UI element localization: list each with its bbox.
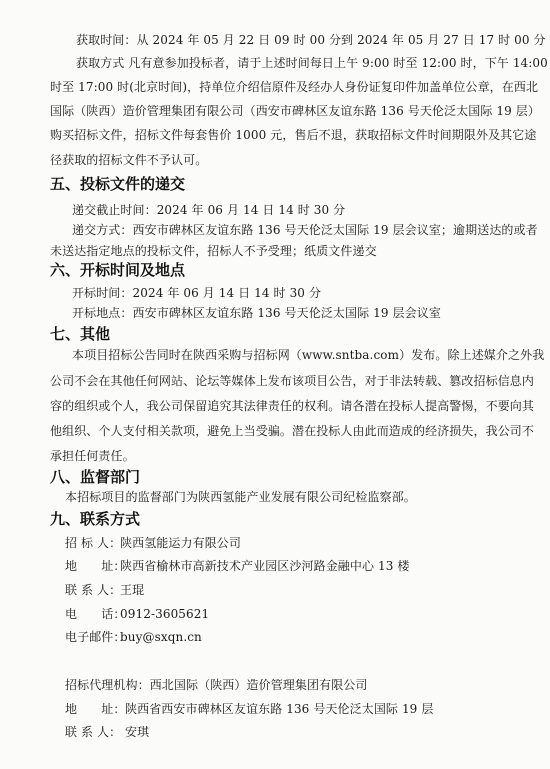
agency-label: 联 系 人： — [65, 724, 125, 740]
submission-deadline: 递交截止时间：2024 年 06 月 14 日 14 时 30 分 — [72, 202, 345, 218]
contact-row-tenderer: 招 标 人：陕西氢能运力有限公司 — [65, 535, 241, 551]
section8-heading: 八、监督部门 — [50, 468, 140, 486]
agency-value: 安琪 — [125, 725, 149, 739]
contact-label: 招 标 人： — [65, 535, 120, 551]
agency-value: 陕西省西安市碑林区友谊东路 136 号天伦泛太国际 19 层 — [125, 702, 433, 716]
acquire-method-line: 获取方式 凡有意参加投标者，请于上述时间每日上午 9:00 时至 12:00 时… — [76, 55, 548, 71]
other-line: 他组织、个人支付相关款项，避免上当受骗。潜在投标人由此而造成的经济损失，我公司不 — [50, 423, 534, 439]
acquire-method-line: 国际（陕西）造价管理集团有限公司（西安市碑林区友谊东路 136 号天伦泛太国际 … — [50, 103, 540, 119]
contact-row-address: 地 址：陕西省榆林市高新技术产业园区沙河路金融中心 13 楼 — [65, 558, 410, 574]
submission-method-line: 递交方式：西安市碑林区友谊东路 136 号天伦泛太国际 19 层会议室；逾期送达… — [72, 222, 538, 238]
opening-place: 开标地点：西安市碑林区友谊东路 136 号天伦泛太国际 19 层会议室 — [72, 305, 441, 321]
acquire-method-line: 径获取的招标文件不予认可。 — [50, 152, 207, 168]
other-line: 公司不会在其他任何网站、论坛等媒体上发布该项目公告，对于非法转载、篡改招标信息内 — [50, 373, 534, 389]
contact-row-person: 联 系 人：王琨 — [65, 582, 144, 598]
section5-heading: 五、投标文件的递交 — [50, 175, 185, 193]
other-line: 承担任何责任。 — [50, 448, 135, 464]
supervision-text: 本招标项目的监督部门为陕西氢能产业发展有限公司纪检监察部。 — [65, 489, 416, 505]
contact-row-email: 电子邮件：buy@sxqn.cn — [65, 629, 202, 645]
contact-row-phone: 电 话：0912-3605621 — [65, 606, 209, 622]
other-line: 本项目招标公告同时在陕西采购与招标网（www.sntba.com）发布。除上述媒… — [72, 347, 544, 363]
contact-value: 王琨 — [120, 583, 144, 597]
acquire-method-line: 时至 17:00 时(北京时间)，持单位介绍信原件及经办人身份证复印件加盖单位公… — [50, 79, 538, 95]
section9-heading: 九、联系方式 — [50, 510, 140, 528]
section6-heading: 六、开标时间及地点 — [50, 261, 185, 279]
agency-row-address: 地 址：陕西省西安市碑林区友谊东路 136 号天伦泛太国际 19 层 — [65, 701, 433, 717]
section7-heading: 七、其他 — [50, 325, 110, 343]
contact-label: 电子邮件： — [65, 629, 120, 645]
agency-row-person: 联 系 人：安琪 — [65, 724, 149, 740]
agency-label: 地 址： — [65, 701, 125, 717]
contact-value: 陕西氢能运力有限公司 — [120, 536, 241, 550]
agency-row-name: 招标代理机构：西北国际（陕西）造价管理集团有限公司 — [65, 677, 368, 693]
contact-label: 地 址： — [65, 558, 120, 574]
contact-value: 0912-3605621 — [120, 607, 209, 621]
other-line: 容的组织或个人，我公司保留追究其法律责任的权利。请各潜在投标人提高警惕，不要向其 — [50, 398, 534, 414]
contact-value[interactable]: buy@sxqn.cn — [120, 630, 202, 644]
acquire-method-line: 购买招标文件，招标文件每套售价 1000 元，售后不退，获取招标文件时间期限外及… — [50, 127, 536, 143]
submission-method-line: 未送达指定地点的投标文件，招标人不予受理；纸质文件递交 — [50, 243, 377, 259]
contact-value: 陕西省榆林市高新技术产业园区沙河路金融中心 13 楼 — [120, 559, 410, 573]
opening-time: 开标时间：2024 年 06 月 14 日 14 时 30 分 — [72, 285, 321, 301]
contact-label: 联 系 人： — [65, 582, 120, 598]
acquire-time: 获取时间：从 2024 年 05 月 22 日 09 时 00 分到 2024 … — [76, 32, 546, 48]
agency-label: 招标代理机构： — [65, 677, 150, 693]
agency-value: 西北国际（陕西）造价管理集团有限公司 — [150, 678, 368, 692]
contact-label: 电 话： — [65, 606, 120, 622]
